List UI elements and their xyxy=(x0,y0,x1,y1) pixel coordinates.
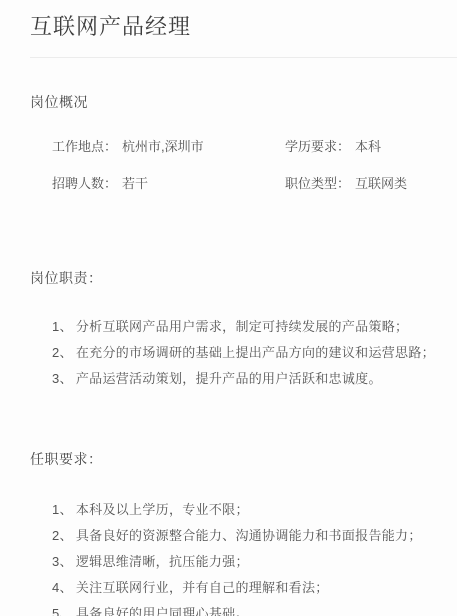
field-value: 互联网类 xyxy=(355,176,407,191)
requirements-list: 1、本科及以上学历，专业不限； 2、具备良好的资源整合能力、沟通协调能力和书面报… xyxy=(30,503,457,616)
responsibilities-list: 1、分析互联网产品用户需求，制定可持续发展的产品策略； 2、在充分的市场调研的基… xyxy=(30,320,457,385)
item-number: 3、 xyxy=(52,372,73,385)
title-divider xyxy=(30,57,457,58)
overview-fields: 工作地点：杭州市,深圳市 学历要求：本科 招聘人数：若干 职位类型：互联网类 xyxy=(30,140,457,190)
item-number: 1、 xyxy=(52,503,73,516)
section-job-overview: 岗位概况 工作地点：杭州市,深圳市 学历要求：本科 招聘人数：若干 职位类型：互… xyxy=(30,92,457,190)
item-number: 1、 xyxy=(52,320,73,333)
field-label: 招聘人数： xyxy=(52,176,117,191)
item-text: 产品运营活动策划，提升产品的用户活跃和忠诚度。 xyxy=(76,372,382,385)
list-item: 1、本科及以上学历，专业不限； xyxy=(52,503,457,516)
section-responsibilities: 岗位职责： 1、分析互联网产品用户需求，制定可持续发展的产品策略； 2、在充分的… xyxy=(30,268,457,385)
field-label: 工作地点： xyxy=(52,139,117,154)
list-item: 5、具备良好的用户同理心基础。 xyxy=(52,607,457,616)
field-label: 学历要求： xyxy=(285,139,350,154)
field-work-location: 工作地点：杭州市,深圳市 xyxy=(52,140,285,153)
overview-heading: 岗位概况 xyxy=(30,92,457,112)
item-text: 分析互联网产品用户需求，制定可持续发展的产品策略； xyxy=(76,320,409,333)
field-position-type: 职位类型：互联网类 xyxy=(285,177,457,190)
field-value: 若干 xyxy=(122,176,148,191)
field-headcount: 招聘人数：若干 xyxy=(52,177,285,190)
section-requirements: 任职要求： 1、本科及以上学历，专业不限； 2、具备良好的资源整合能力、沟通协调… xyxy=(30,449,457,616)
item-text: 关注互联网行业，并有自己的理解和看法； xyxy=(76,581,329,594)
page-title: 互联网产品经理 xyxy=(30,0,457,41)
field-label: 职位类型： xyxy=(285,176,350,191)
item-text: 逻辑思维清晰，抗压能力强； xyxy=(76,555,249,568)
item-text: 具备良好的资源整合能力、沟通协调能力和书面报告能力； xyxy=(76,529,422,542)
responsibilities-heading: 岗位职责： xyxy=(30,268,457,288)
list-item: 2、在充分的市场调研的基础上提出产品方向的建议和运营思路； xyxy=(52,346,457,359)
item-number: 2、 xyxy=(52,529,73,542)
field-education-requirement: 学历要求：本科 xyxy=(285,140,457,153)
item-text: 具备良好的用户同理心基础。 xyxy=(76,607,249,616)
list-item: 1、分析互联网产品用户需求，制定可持续发展的产品策略； xyxy=(52,320,457,333)
list-item: 3、逻辑思维清晰，抗压能力强； xyxy=(52,555,457,568)
item-number: 3、 xyxy=(52,555,73,568)
job-posting-page: 互联网产品经理 岗位概况 工作地点：杭州市,深圳市 学历要求：本科 招聘人数：若… xyxy=(0,0,457,616)
list-item: 3、产品运营活动策划，提升产品的用户活跃和忠诚度。 xyxy=(52,372,457,385)
requirements-heading: 任职要求： xyxy=(30,449,457,469)
item-number: 5、 xyxy=(52,607,73,616)
list-item: 4、关注互联网行业，并有自己的理解和看法； xyxy=(52,581,457,594)
item-number: 4、 xyxy=(52,581,73,594)
item-number: 2、 xyxy=(52,346,73,359)
field-value: 本科 xyxy=(355,139,381,154)
item-text: 在充分的市场调研的基础上提出产品方向的建议和运营思路； xyxy=(76,346,435,359)
list-item: 2、具备良好的资源整合能力、沟通协调能力和书面报告能力； xyxy=(52,529,457,542)
item-text: 本科及以上学历，专业不限； xyxy=(76,503,249,516)
field-value: 杭州市,深圳市 xyxy=(122,139,204,154)
